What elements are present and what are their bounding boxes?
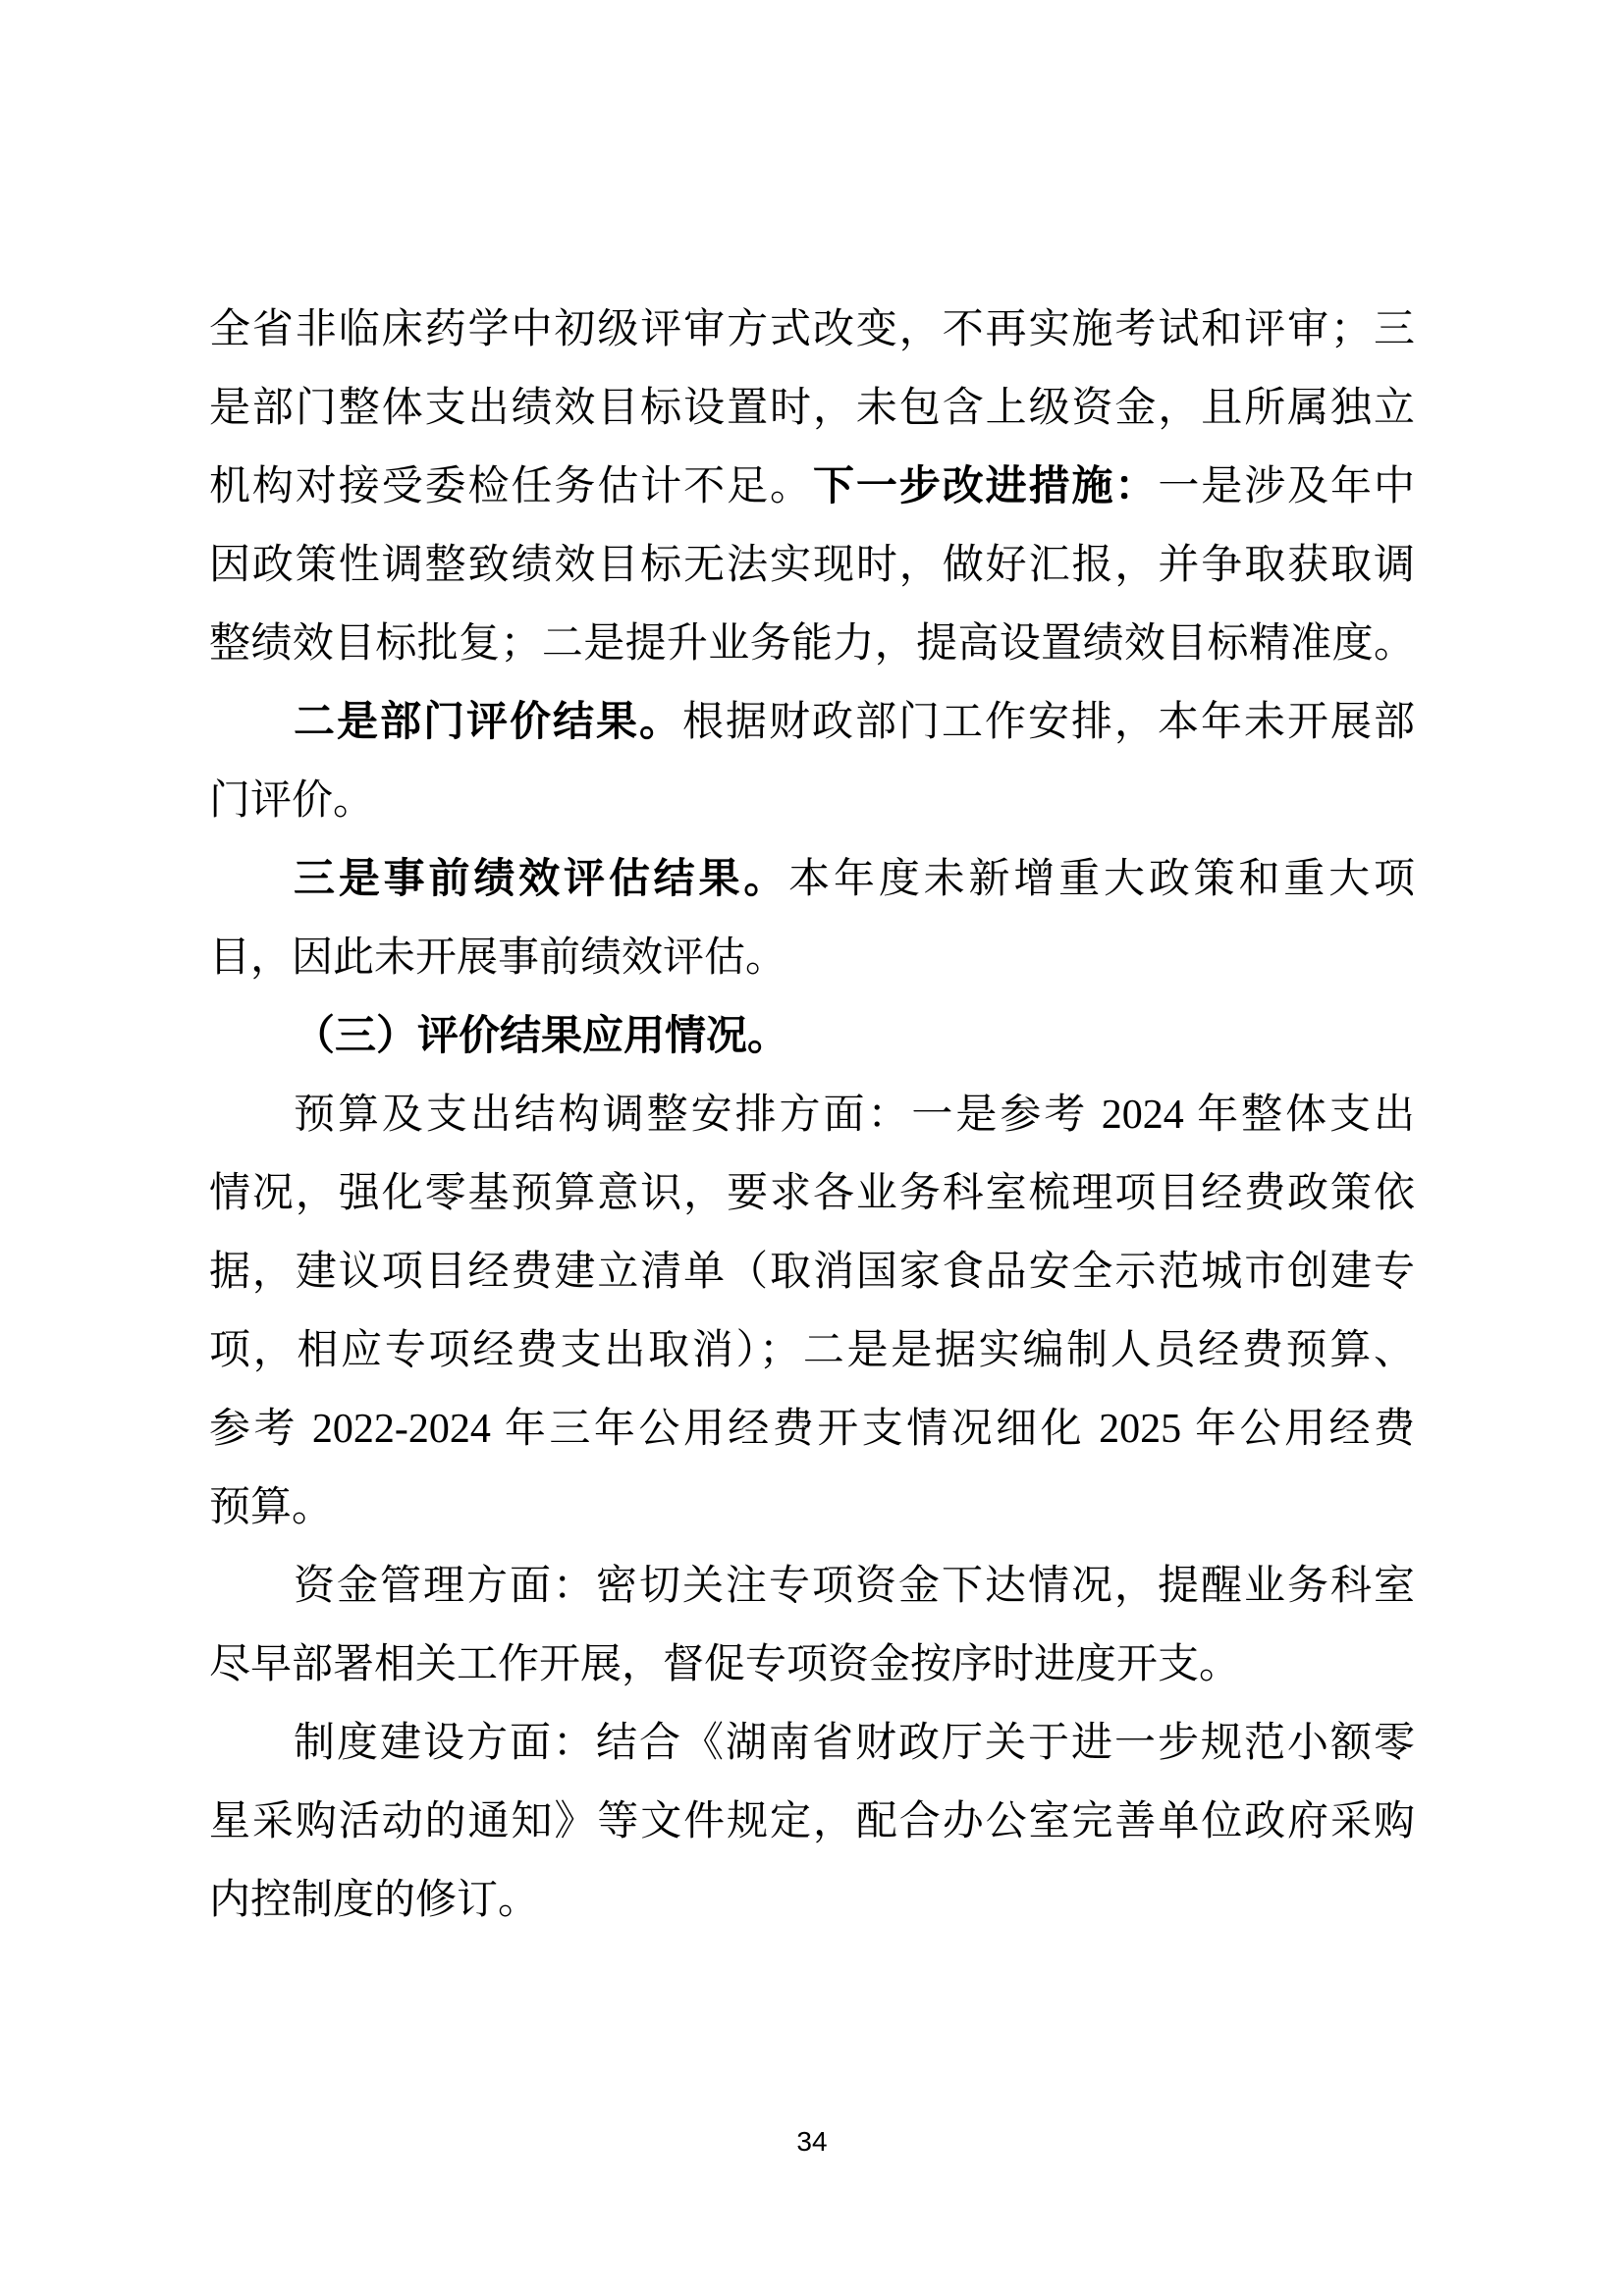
body-text: 参考 2022-2024 年三年公用经费开支情况细化 2025 年公用经费 (209, 1407, 1415, 1452)
text-line: 资金管理方面：密切关注专项资金下达情况，提醒业务科室 (209, 1547, 1415, 1626)
body-text: 目，因此未开展事前绩效评估。 (209, 935, 786, 981)
body-text: 预算及支出结构调整安排方面：一是参考 2024 年整体支出 (294, 1093, 1415, 1138)
body-text: 星采购活动的通知》等文件规定，配合办公室完善单位政府采购 (209, 1799, 1415, 1844)
text-line: 参考 2022-2024 年三年公用经费开支情况细化 2025 年公用经费 (209, 1390, 1415, 1468)
body-text: 资金管理方面：密切关注专项资金下达情况，提醒业务科室 (294, 1564, 1415, 1609)
text-line: 内控制度的修订。 (209, 1861, 1415, 1940)
body-text: 尽早部署相关工作开展，督促专项资金按序时进度开支。 (209, 1642, 1240, 1687)
text-line: 全省非临床药学中初级评审方式改变，不再实施考试和评审；三 (209, 291, 1415, 369)
text-line: 因政策性调整致绩效目标无法实现时，做好汇报，并争取获取调 (209, 526, 1415, 605)
text-line: 机构对接受委检任务估计不足。下一步改进措施：一是涉及年中 (209, 448, 1415, 526)
text-line: 门评价。 (209, 762, 1415, 840)
body-text: 预算。 (209, 1485, 333, 1530)
document-page: 全省非临床药学中初级评审方式改变，不再实施考试和评审；三是部门整体支出绩效目标设… (0, 0, 1624, 2296)
body-text: 情况，强化零基预算意识，要求各业务科室梳理项目经费政策依 (209, 1171, 1415, 1216)
text-line: 情况，强化零基预算意识，要求各业务科室梳理项目经费政策依 (209, 1154, 1415, 1233)
page-number: 34 (0, 2126, 1624, 2158)
emphasis-text: 下一步改进措施： (813, 464, 1158, 509)
text-line: 预算。 (209, 1468, 1415, 1547)
text-line: 制度建设方面：结合《湖南省财政厅关于进一步规范小额零 (209, 1704, 1415, 1783)
body-text: 据，建议项目经费建立清单（取消国家食品安全示范城市创建专 (209, 1250, 1415, 1295)
body-text: 因政策性调整致绩效目标无法实现时，做好汇报，并争取获取调 (209, 543, 1415, 588)
body-text: 门评价。 (209, 778, 374, 824)
body-text: 内控制度的修订。 (209, 1878, 539, 1923)
text-line: 星采购活动的通知》等文件规定，配合办公室完善单位政府采购 (209, 1783, 1415, 1861)
body-text: 全省非临床药学中初级评审方式改变，不再实施考试和评审；三 (209, 307, 1415, 352)
text-line: 是部门整体支出绩效目标设置时，未包含上级资金，且所属独立 (209, 369, 1415, 448)
text-line: 三是事前绩效评估结果。本年度未新增重大政策和重大项 (209, 840, 1415, 919)
emphasis-text: 二是部门评价结果。 (294, 700, 682, 745)
text-line: 目，因此未开展事前绩效评估。 (209, 919, 1415, 997)
text-line: 预算及支出结构调整安排方面：一是参考 2024 年整体支出 (209, 1076, 1415, 1154)
text-line: 二是部门评价结果。根据财政部门工作安排，本年未开展部 (209, 683, 1415, 762)
body-text: 项，相应专项经费支出取消）；二是是据实编制人员经费预算、 (209, 1328, 1415, 1373)
body-text: 整绩效目标批复；二是提升业务能力，提高设置绩效目标精准度。 (209, 621, 1415, 667)
body-text: 本年度未新增重大政策和重大项 (788, 857, 1415, 902)
emphasis-text: （三）评价结果应用情况。 (294, 1014, 788, 1059)
body-text: 是部门整体支出绩效目标设置时，未包含上级资金，且所属独立 (209, 386, 1415, 431)
document-body: 全省非临床药学中初级评审方式改变，不再实施考试和评审；三是部门整体支出绩效目标设… (209, 291, 1415, 1940)
body-text: 机构对接受委检任务估计不足。 (209, 464, 813, 509)
body-text: 一是涉及年中 (1158, 464, 1415, 509)
body-text: 制度建设方面：结合《湖南省财政厅关于进一步规范小额零 (294, 1721, 1415, 1766)
text-line: 据，建议项目经费建立清单（取消国家食品安全示范城市创建专 (209, 1233, 1415, 1311)
emphasis-text: 三是事前绩效评估结果。 (294, 857, 788, 902)
text-line: 尽早部署相关工作开展，督促专项资金按序时进度开支。 (209, 1626, 1415, 1704)
text-line: 项，相应专项经费支出取消）；二是是据实编制人员经费预算、 (209, 1311, 1415, 1390)
text-line: 整绩效目标批复；二是提升业务能力，提高设置绩效目标精准度。 (209, 605, 1415, 683)
text-line: （三）评价结果应用情况。 (209, 997, 1415, 1076)
body-text: 根据财政部门工作安排，本年未开展部 (682, 700, 1415, 745)
